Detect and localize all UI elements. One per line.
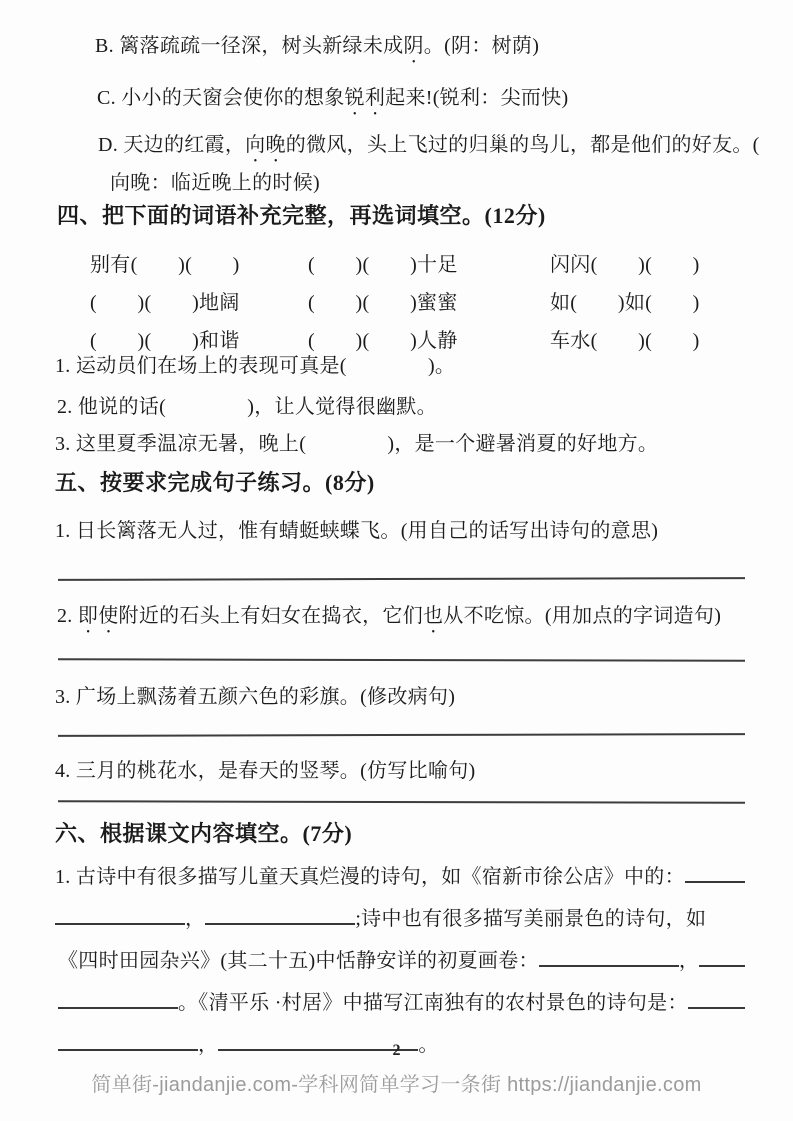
fill-blank <box>688 993 745 1009</box>
fill-blank <box>699 951 745 967</box>
fill-blank <box>205 909 355 925</box>
word-blank: ( )( )蜜蜜 <box>308 284 550 322</box>
text-segment: 附近的石头上有妇女在捣衣，它们 <box>119 605 424 627</box>
word-blank: ( )( )十足 <box>308 246 550 284</box>
fill-blank <box>539 951 679 967</box>
option-d-line1: D. 天边的红霞，向晚的微风，头上飞过的归巢的鸟儿，都是他们的好友。( <box>98 132 760 167</box>
word-blank: 如( )如( ) <box>550 284 745 322</box>
option-b-line: B. 篱落疏疏一径深，树头新绿未成阴。(阴：树荫) <box>95 33 539 68</box>
section4-sentence-2: 2. 他说的话( )，让人觉得很幽默。 <box>57 394 437 420</box>
text-segment: 阴 <box>403 35 423 57</box>
footer-watermark: 简单街-jiandanjie.com-学科网简单学习一条街 https://ji… <box>0 1068 793 1097</box>
text-segment: 。《清平乐 ·村居》中描写江南独有的农村景色的诗句是： <box>178 990 688 1016</box>
fill-blank <box>55 909 185 925</box>
text-segment: 1. 古诗中有很多描写儿童天真烂漫的诗句，如《宿新市徐公店》中的： <box>55 864 685 890</box>
option-c-line: C. 小小的天窗会使你的想象锐利起来!(锐利：尖而快) <box>97 85 568 120</box>
option-d-line2: 向晚：临近晚上的时候) <box>110 170 320 196</box>
fill-blank <box>685 867 745 883</box>
section6-line-4: 。《清平乐 ·村居》中描写江南独有的农村景色的诗句是： <box>58 990 745 1016</box>
word-blank: 车水( )( ) <box>550 322 745 360</box>
section5-question-2: 2. 即使附近的石头上有妇女在捣衣，它们也从不吃惊。(用加点的字词造句) <box>57 603 721 638</box>
text-segment: 锐利 <box>345 87 386 109</box>
text-segment: 从不吃惊。(用加点的字词造句) <box>443 605 721 627</box>
word-blank: 闪闪( )( ) <box>550 246 745 284</box>
answer-line <box>58 733 745 737</box>
section4-title: 四、把下面的词语补充完整，再选词填空。(12分) <box>57 203 546 229</box>
section5-question-3: 3. 广场上飘荡着五颜六色的彩旗。(修改病句) <box>55 684 455 710</box>
text-segment: ， <box>679 948 699 974</box>
text-segment: 。(阴：树荫) <box>424 35 539 57</box>
section5-title: 五、按要求完成句子练习。(8分) <box>55 470 375 496</box>
text-segment: ;诗中也有很多描写美丽景色的诗句，如 <box>355 906 706 932</box>
text-segment: 即使 <box>78 605 119 627</box>
fill-blank <box>58 993 178 1009</box>
text-segment: ， <box>185 906 205 932</box>
exam-paper-page: B. 篱落疏疏一径深，树头新绿未成阴。(阴：树荫) C. 小小的天窗会使你的想象… <box>0 0 793 1121</box>
section5-question-1: 1. 日长篱落无人过，惟有蜻蜓蛱蝶飞。(用自己的话写出诗句的意思) <box>55 518 658 544</box>
text-segment: 的微风，头上飞过的归巢的鸟儿，都是他们的好友。( <box>286 134 760 156</box>
word-blank: 别有( )( ) <box>90 246 308 284</box>
word-blank: ( )( )地阔 <box>90 284 308 322</box>
text-segment: 向晚 <box>245 134 286 156</box>
section6-title: 六、根据课文内容填空。(7分) <box>55 821 352 847</box>
section6-line-3: 《四时田园杂兴》(其二十五)中恬静安详的初夏画卷： ， <box>58 948 745 974</box>
text-segment: D. 天边的红霞， <box>98 134 245 156</box>
text-segment: 《四时田园杂兴》(其二十五)中恬静安详的初夏画卷： <box>58 948 539 974</box>
text-segment: 也 <box>423 605 443 627</box>
answer-line <box>58 800 745 803</box>
section6-line-2: ， ;诗中也有很多描写美丽景色的诗句，如 <box>55 906 745 932</box>
section4-sentence-3: 3. 这里夏季温凉无暑，晚上( )，是一个避暑消夏的好地方。 <box>55 431 658 457</box>
answer-line <box>58 577 745 581</box>
section4-sentence-1: 1. 运动员们在场上的表现可真是( )。 <box>55 353 455 379</box>
word-completion-grid: 别有( )( ) ( )( )十足 闪闪( )( ) ( )( )地阔 ( )(… <box>90 246 745 360</box>
text-segment: B. 篱落疏疏一径深，树头新绿未成 <box>95 35 403 57</box>
section5-question-4: 4. 三月的桃花水，是春天的竖琴。(仿写比喻句) <box>55 758 476 784</box>
text-segment: C. 小小的天窗会使你的想象 <box>97 87 345 109</box>
section6-line-1: 1. 古诗中有很多描写儿童天真烂漫的诗句，如《宿新市徐公店》中的： <box>55 864 745 890</box>
page-number: 2 <box>0 1042 793 1060</box>
answer-line <box>58 658 745 661</box>
text-segment: 2. <box>57 605 78 627</box>
text-segment: 起来!(锐利：尖而快) <box>385 87 568 109</box>
